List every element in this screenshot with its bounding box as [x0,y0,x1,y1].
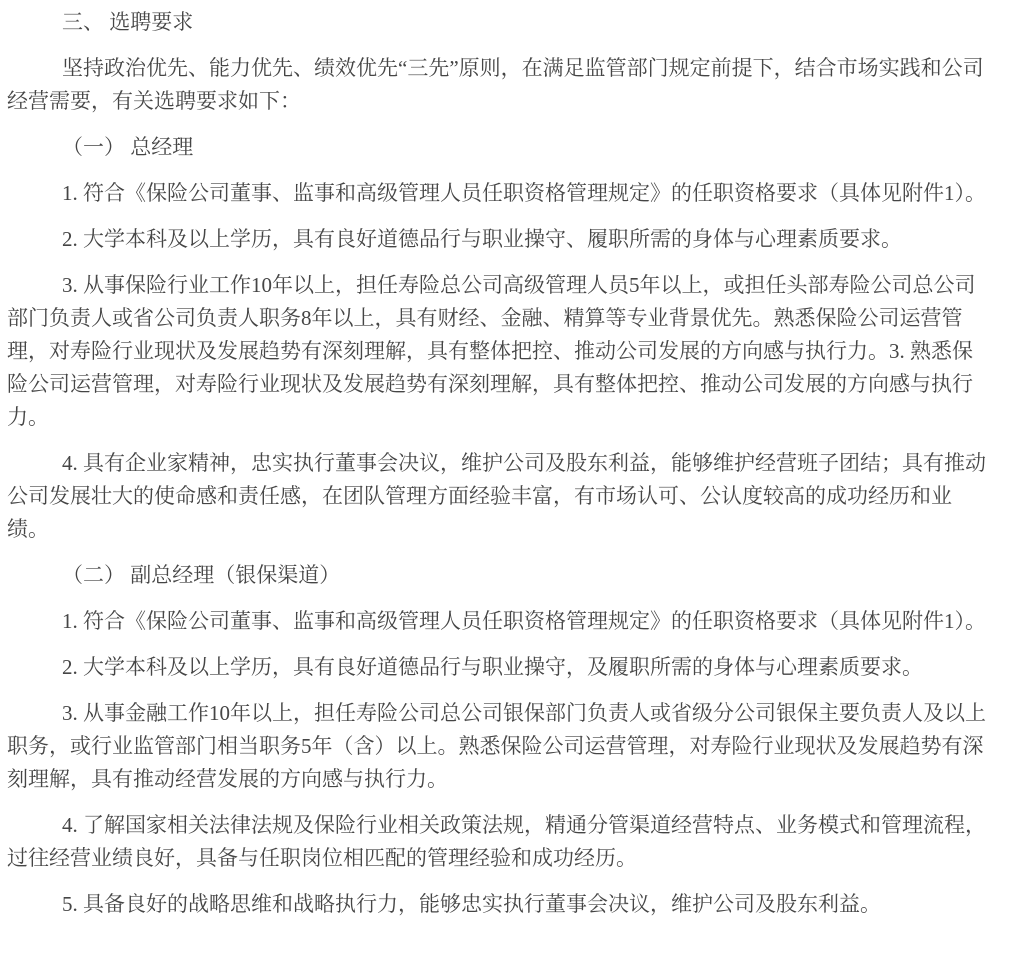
requirement-item: 4. 具有企业家精神，忠实执行董事会决议，维护公司及股东利益，能够维护经营班子团… [7,447,989,546]
subsection-heading-general-manager: （一） 总经理 [7,131,989,164]
requirement-item: 1. 符合《保险公司董事、监事和高级管理人员任职资格管理规定》的任职资格要求（具… [7,177,989,210]
requirement-item: 4. 了解国家相关法律法规及保险行业相关政策法规，精通分管渠道经营特点、业务模式… [7,809,989,875]
section-title: 三、 选聘要求 [7,6,989,39]
document-body: 三、 选聘要求 坚持政治优先、能力优先、绩效优先“三先”原则，在满足监管部门规定… [0,0,1013,921]
document-page: { "colors": { "background": "#ffffff", "… [0,0,1013,977]
requirement-item: 3. 从事金融工作10年以上，担任寿险公司总公司银保部门负责人或省级分公司银保主… [7,697,989,796]
subsection-heading-deputy-general-manager: （二） 副总经理（银保渠道） [7,559,989,592]
requirement-item: 1. 符合《保险公司董事、监事和高级管理人员任职资格管理规定》的任职资格要求（具… [7,605,989,638]
requirement-item: 5. 具备良好的战略思维和战略执行力，能够忠实执行董事会决议，维护公司及股东利益… [7,888,989,921]
requirement-item: 2. 大学本科及以上学历，具有良好道德品行与职业操守，及履职所需的身体与心理素质… [7,651,989,684]
intro-paragraph: 坚持政治优先、能力优先、绩效优先“三先”原则，在满足监管部门规定前提下，结合市场… [7,52,989,118]
requirement-item: 2. 大学本科及以上学历，具有良好道德品行与职业操守、履职所需的身体与心理素质要… [7,223,989,256]
requirement-item: 3. 从事保险行业工作10年以上，担任寿险总公司高级管理人员5年以上，或担任头部… [7,269,989,434]
